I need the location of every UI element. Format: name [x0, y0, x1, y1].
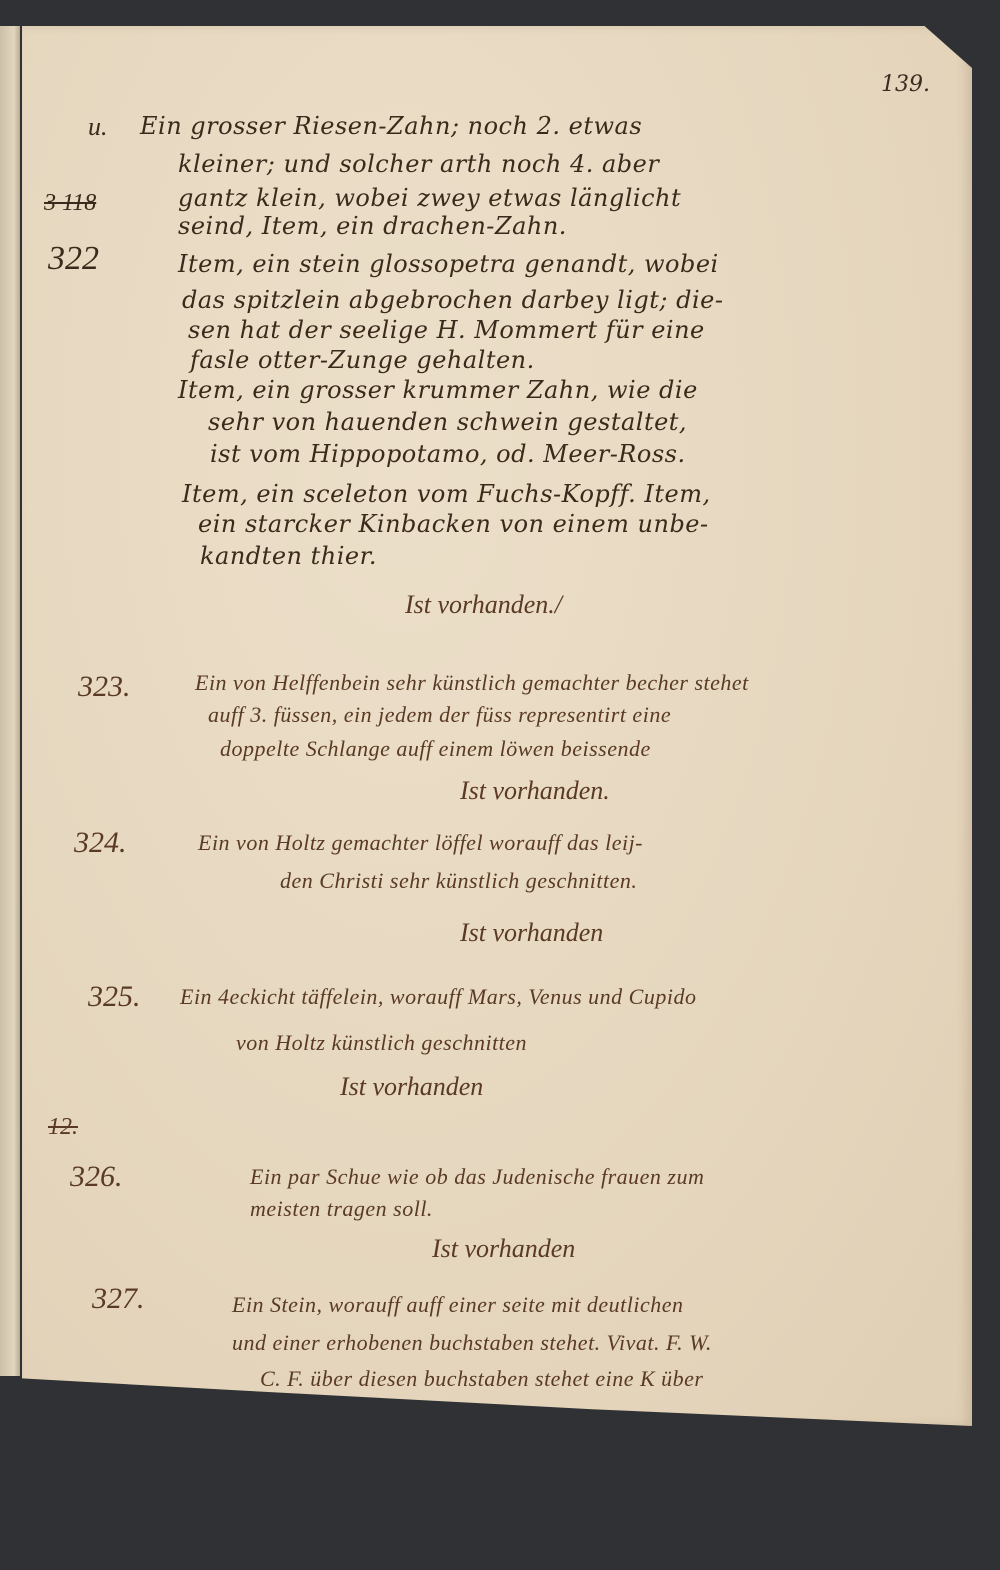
entry-line: ein starcker Kinbacken von einem unbe-: [198, 510, 709, 538]
entry-line: kleiner; und solcher arth noch 4. aber: [178, 150, 659, 178]
entry-number: 324.: [74, 826, 127, 860]
entry-line: gantz klein, wobei zwey etwas länglicht: [178, 184, 681, 212]
entry-line: von Holtz künstlich geschnitten: [236, 1030, 527, 1056]
entry-number: 326.: [70, 1160, 123, 1194]
entry-number: 327.: [92, 1282, 145, 1316]
entry-line: sen hat der seelige H. Mommert für eine: [188, 316, 705, 344]
entry-line: Ein Stein, worauff auff einer seite mit …: [232, 1292, 684, 1318]
struck-number: 3 118: [44, 190, 96, 217]
status-note: Ist vorhanden./: [405, 590, 562, 620]
entry-line: Item, ein grosser krummer Zahn, wie die: [178, 376, 698, 404]
status-note: Ist vorhanden: [460, 918, 603, 948]
entry-number: 325.: [88, 980, 141, 1014]
folio-number: 139.: [881, 72, 930, 97]
entry-line: und einer erhobenen buchstaben stehet. V…: [232, 1330, 712, 1356]
entry-line: Ein par Schue wie ob das Judenische frau…: [250, 1164, 704, 1190]
entry-line: fasle otter-Zunge gehalten.: [190, 346, 535, 374]
facing-page-edge: [0, 26, 20, 1376]
status-note: Ist vorhanden.: [460, 776, 610, 806]
entry-line: auff 3. füssen, ein jedem der füss repre…: [208, 702, 671, 728]
entry-line: sehr von hauenden schwein gestaltet,: [208, 408, 687, 436]
entry-line: Item, ein stein glossopetra genandt, wob…: [178, 250, 719, 278]
status-note: Ist vorhanden: [340, 1072, 483, 1102]
entry-line: Ein von Helffenbein sehr künstlich gemac…: [195, 670, 749, 696]
entry-line: seind, Item, ein drachen-Zahn.: [178, 212, 567, 240]
entry-line: ist vom Hippopotamo, od. Meer-Ross.: [210, 440, 686, 468]
struck-number: 12.: [48, 1114, 78, 1141]
status-note: Ist vorhanden: [432, 1234, 575, 1264]
entry-line: kandten thier.: [200, 542, 377, 570]
entry-line: Ein 4eckicht täffelein, worauff Mars, Ve…: [180, 984, 696, 1010]
entry-line: Ein grosser Riesen-Zahn; noch 2. etwas: [140, 112, 642, 140]
entry-number: 323.: [78, 670, 131, 704]
entry-marker: u.: [88, 112, 108, 142]
entry-line: den Christi sehr künstlich geschnitten.: [280, 868, 637, 894]
entry-line: doppelte Schlange auff einem löwen beiss…: [220, 736, 651, 762]
entry-line: meisten tragen soll.: [250, 1196, 433, 1222]
entry-number: 322: [48, 240, 99, 278]
entry-line: C. F. über diesen buchstaben stehet eine…: [260, 1366, 703, 1392]
entry-line: das spitzlein abgebrochen darbey ligt; d…: [182, 286, 723, 314]
entry-line: Ein von Holtz gemachter löffel worauff d…: [198, 830, 643, 856]
entry-line: Item, ein sceleton vom Fuchs-Kopff. Item…: [182, 480, 711, 508]
